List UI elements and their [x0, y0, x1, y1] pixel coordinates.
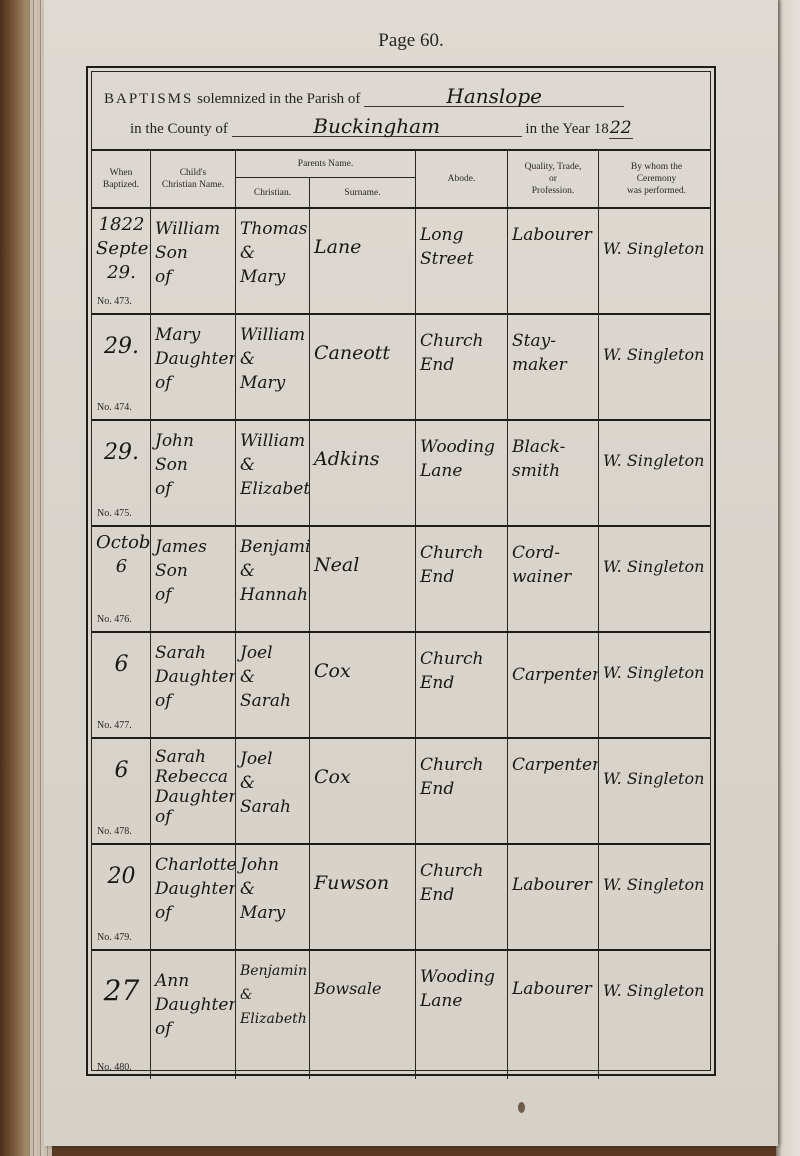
entry-minister: W. Singleton — [599, 951, 714, 1079]
entry-trade: Labourer — [508, 209, 599, 313]
entry-child: Sarah Rebecca Daughter of — [151, 739, 236, 843]
entry-abode: Church End — [416, 633, 508, 737]
entry-trade: Black- smith — [508, 421, 599, 525]
col-trade: Quality, Trade, or Profession. — [508, 150, 599, 207]
entry-abode: Wooding Lane — [416, 421, 508, 525]
entry-abode: Wooding Lane — [416, 951, 508, 1079]
register-inner-border: BAPTISMS solemnized in the Parish of Han… — [91, 71, 711, 1071]
entry-minister: W. Singleton — [599, 845, 714, 949]
entry-abode: Church End — [416, 315, 508, 419]
entry-surname: Adkins — [310, 421, 416, 525]
col-performed-by: By whom the Ceremony was performed. — [599, 150, 714, 207]
year-value: 22 — [609, 118, 633, 139]
entry-parents: Benjamin & Elizabeth — [236, 951, 310, 1079]
entry-number: No. 473. — [97, 296, 132, 307]
entry-trade: Labourer — [508, 951, 599, 1079]
entry-abode: Church End — [416, 845, 508, 949]
column-headers: When Baptized. Child's Christian Name. P… — [92, 150, 710, 209]
entry-surname: Lane — [310, 209, 416, 313]
adjacent-page-edge — [776, 0, 800, 1156]
register-entry: 1822 September 29. William Son of Thomas… — [92, 209, 710, 315]
entry-minister: W. Singleton — [599, 633, 714, 737]
entry-parents: William & Mary — [236, 315, 310, 419]
entry-surname: Cox — [310, 633, 416, 737]
entry-surname: Bowsale — [310, 951, 416, 1079]
entry-number: No. 476. — [97, 614, 132, 625]
entry-minister: W. Singleton — [599, 421, 714, 525]
entry-number: No. 477. — [97, 720, 132, 731]
entry-parents: Joel & Sarah — [236, 633, 310, 737]
entry-abode: Long Street — [416, 209, 508, 313]
register-page: Page 60. BAPTISMS solemnized in the Pari… — [44, 0, 778, 1146]
register-entry: 6 Sarah Rebecca Daughter of Joel & Sarah… — [92, 739, 710, 845]
register-entry: 29. Mary Daughter of William & Mary Cane… — [92, 315, 710, 421]
entry-trade: Carpenter — [508, 633, 599, 737]
entry-minister: W. Singleton — [599, 739, 714, 843]
heading-title: BAPTISMS — [104, 91, 193, 107]
entry-parents: Joel & Sarah — [236, 739, 310, 843]
entry-surname: Cox — [310, 739, 416, 843]
entry-child: Sarah Daughter of — [151, 633, 236, 737]
entry-trade: Stay- maker — [508, 315, 599, 419]
col-parents-christian: Christian. — [236, 178, 310, 207]
entry-surname: Caneott — [310, 315, 416, 419]
register-heading: BAPTISMS solemnized in the Parish of Han… — [92, 72, 710, 151]
ink-stain — [518, 1102, 525, 1113]
col-when-baptized: When Baptized. — [92, 150, 151, 207]
entry-number: No. 479. — [97, 932, 132, 943]
entry-minister: W. Singleton — [599, 315, 714, 419]
entry-minister: W. Singleton — [599, 527, 714, 631]
entry-number: No. 480. — [97, 1062, 132, 1073]
parish-value: Hanslope — [364, 86, 624, 107]
col-child-name: Child's Christian Name. — [151, 150, 236, 207]
entry-abode: Church End — [416, 527, 508, 631]
entry-number: No. 475. — [97, 508, 132, 519]
entry-number: No. 478. — [97, 826, 132, 837]
entry-abode: Church End — [416, 739, 508, 843]
entry-surname: Neal — [310, 527, 416, 631]
entry-child: William Son of — [151, 209, 236, 313]
entry-parents: Thomas & Mary — [236, 209, 310, 313]
entry-trade: Labourer — [508, 845, 599, 949]
register-entry: 29. John Son of William & Elizabeth Adki… — [92, 421, 710, 527]
entry-date: 27 — [92, 951, 151, 1079]
col-parents-name: Parents Name. — [236, 150, 416, 178]
register-entry: 6 Sarah Daughter of Joel & Sarah Cox Chu… — [92, 633, 710, 739]
heading-year-label: in the Year 18 — [525, 121, 608, 137]
register-entry: 27 Ann Daughter of Benjamin & Elizabeth … — [92, 951, 710, 1079]
entry-child: Charlotte Daughter of — [151, 845, 236, 949]
register-entry: 20 Charlotte Daughter of John & Mary Fuw… — [92, 845, 710, 951]
entry-parents: Benjamin & Hannah — [236, 527, 310, 631]
heading-parish-label: solemnized in the Parish of — [197, 91, 360, 107]
col-parents-surname: Surname. — [310, 178, 416, 207]
col-abode: Abode. — [416, 150, 508, 207]
register-entries: 1822 September 29. William Son of Thomas… — [92, 209, 710, 1070]
baptism-register-table: BAPTISMS solemnized in the Parish of Han… — [86, 66, 716, 1076]
page-number: Page 60. — [44, 30, 778, 52]
entry-trade: Carpenter — [508, 739, 599, 843]
county-value: Buckingham — [232, 116, 522, 137]
entry-trade: Cord- wainer — [508, 527, 599, 631]
heading-line-1: BAPTISMS solemnized in the Parish of Han… — [104, 86, 624, 108]
entry-child: Mary Daughter of — [151, 315, 236, 419]
entry-parents: William & Elizabeth — [236, 421, 310, 525]
entry-child: Ann Daughter of — [151, 951, 236, 1079]
heading-county-label: in the County of — [130, 121, 228, 137]
entry-child: James Son of — [151, 527, 236, 631]
entry-parents: John & Mary — [236, 845, 310, 949]
entry-child: John Son of — [151, 421, 236, 525]
entry-surname: Fuwson — [310, 845, 416, 949]
entry-number: No. 474. — [97, 402, 132, 413]
entry-minister: W. Singleton — [599, 209, 714, 313]
register-entry: October 6 James Son of Benjamin & Hannah… — [92, 527, 710, 633]
heading-line-2: in the County of Buckingham in the Year … — [130, 116, 633, 139]
